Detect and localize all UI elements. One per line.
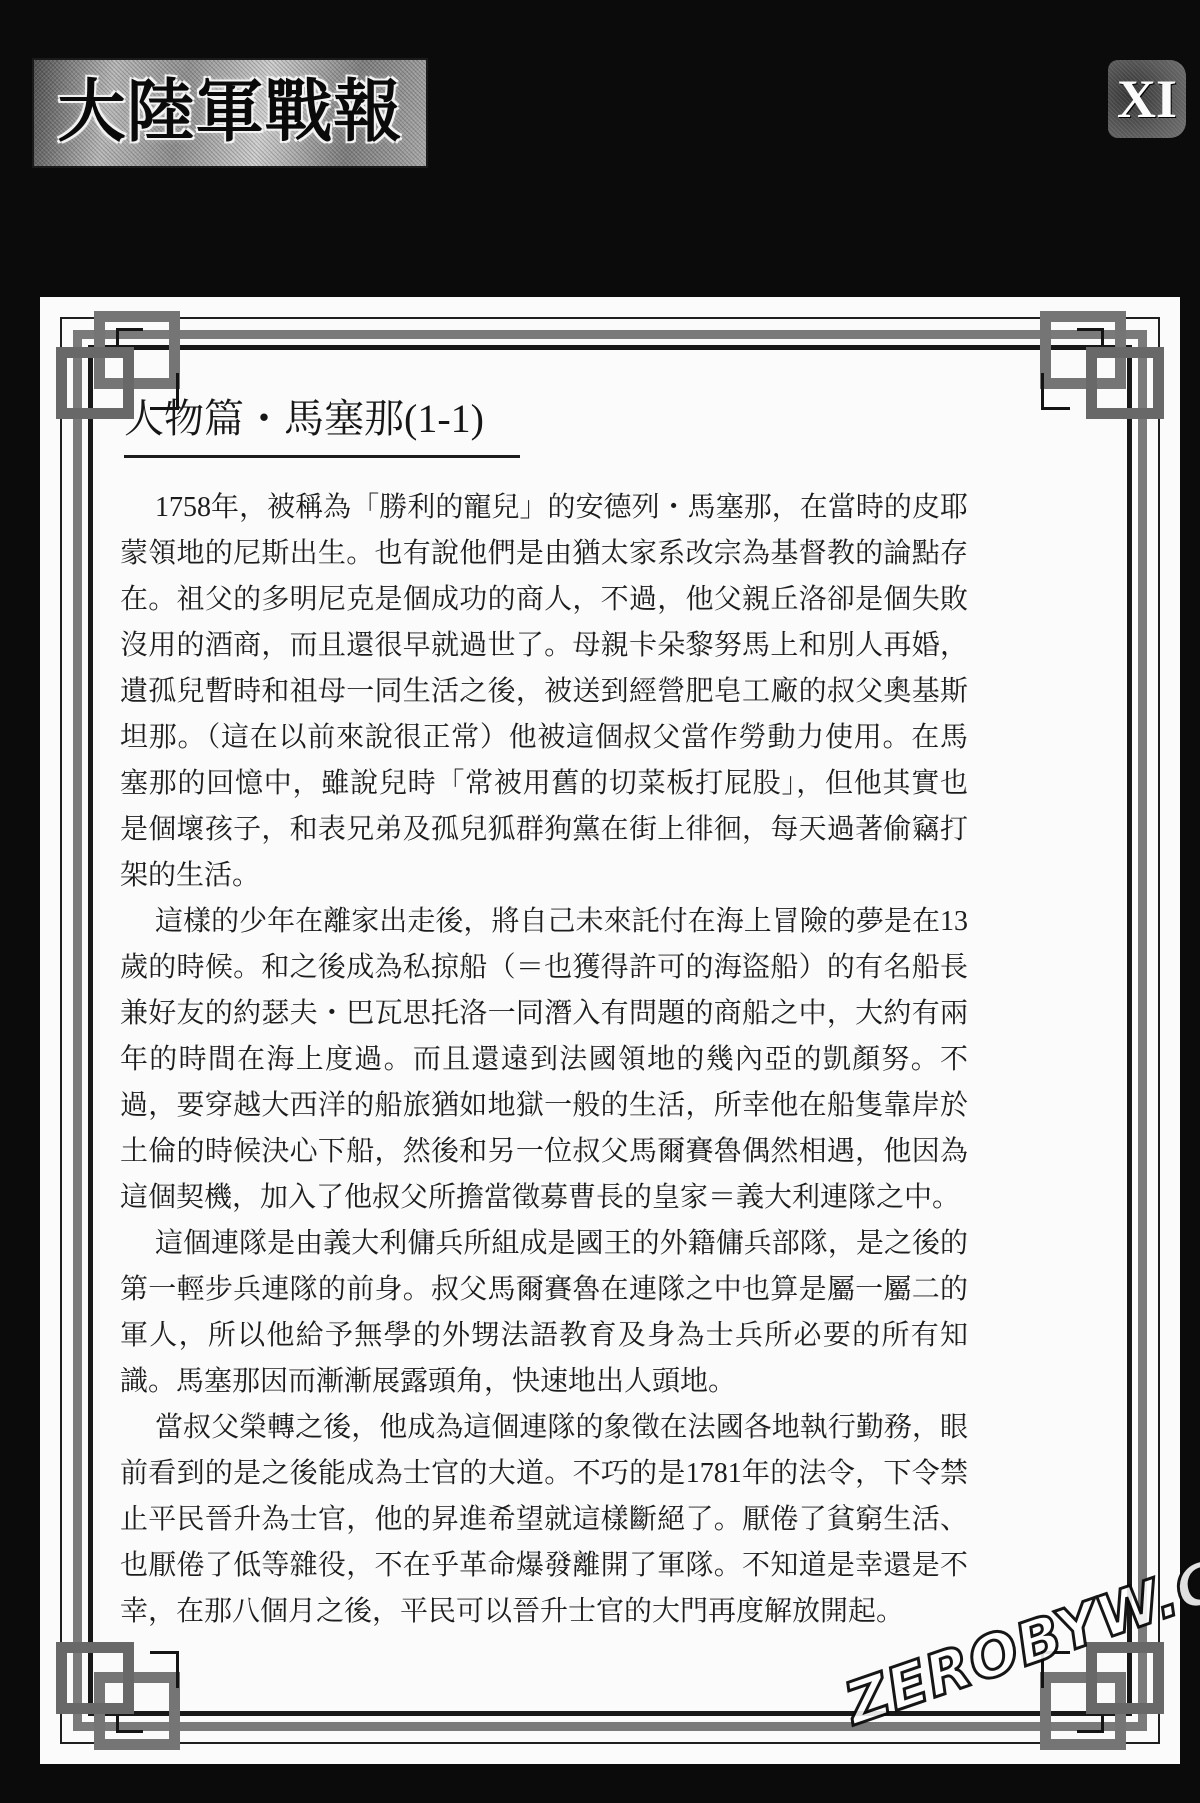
ornament-bracket-outer <box>1041 373 1070 410</box>
paper-page: 人物篇・馬塞那(1-1) 1758年，被稱為「勝利的寵兒」的安德列・馬塞那，在當… <box>40 297 1180 1764</box>
masthead-logo-text: 大陸軍戰報 <box>57 79 402 147</box>
corner-ornament-bottom-left <box>56 1642 178 1750</box>
article-body: 1758年，被稱為「勝利的寵兒」的安德列・馬塞那，在當時的皮耶蒙領地的尼斯出生。… <box>120 485 968 1635</box>
ornament-square-inner <box>56 1642 134 1714</box>
paragraph-3: 這個連隊是由義大利傭兵所組成是國王的外籍傭兵部隊，是之後的第一輕步兵連隊的前身。… <box>120 1221 968 1405</box>
page-number: XI <box>1117 72 1177 126</box>
masthead-logo-panel: 大陸軍戰報 <box>34 60 426 166</box>
page-number-badge: XI <box>1108 60 1186 138</box>
ornament-square-inner <box>1086 347 1164 419</box>
ornament-bracket-inner <box>1077 1716 1104 1733</box>
scanned-page: { "header": { "logo_text": "大陸軍戰報", "pag… <box>0 0 1200 1803</box>
corner-ornament-top-right <box>1042 311 1164 419</box>
ornament-bracket-outer <box>150 1651 179 1688</box>
ornament-square-inner <box>56 347 134 419</box>
paragraph-2: 這樣的少年在離家出走後，將自己未來託付在海上冒險的夢是在13歲的時候。和之後成為… <box>120 899 968 1221</box>
paragraph-4: 當叔父榮轉之後，他成為這個連隊的象徵在法國各地執行勤務，眼前看到的是之後能成為士… <box>120 1405 968 1635</box>
ornament-bracket-inner <box>116 328 143 345</box>
paragraph-1: 1758年，被稱為「勝利的寵兒」的安德列・馬塞那，在當時的皮耶蒙領地的尼斯出生。… <box>120 485 968 899</box>
ornament-bracket-inner <box>1077 328 1104 345</box>
ornament-bracket-inner <box>116 1716 143 1733</box>
article-title: 人物篇・馬塞那(1-1) <box>124 395 520 458</box>
